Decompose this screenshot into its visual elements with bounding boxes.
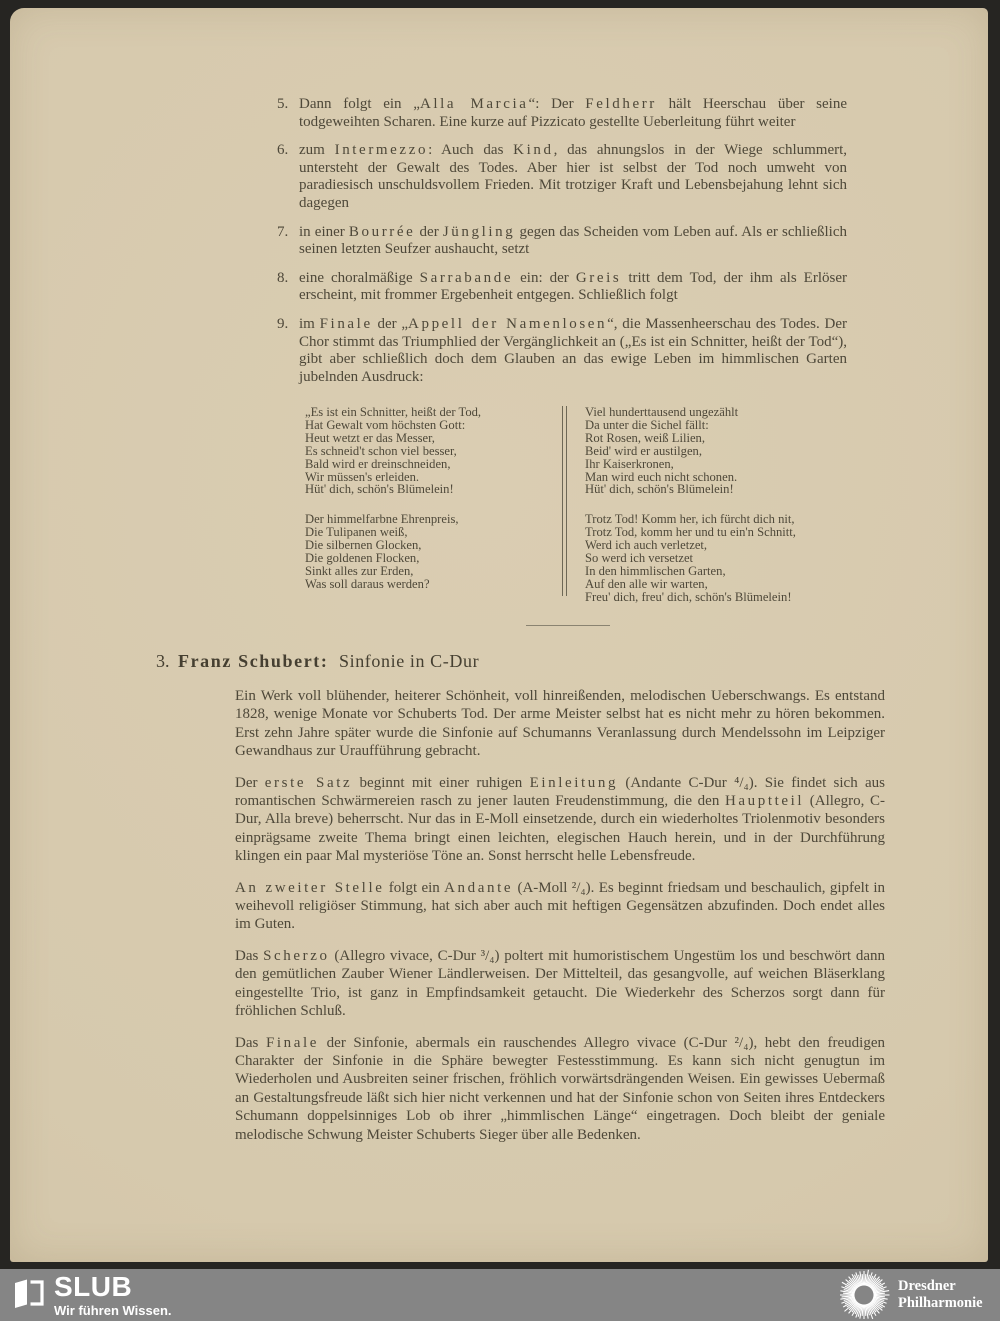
verse-line: Beid' wird er austilgen, (585, 445, 890, 458)
emphasized-term: Andante (444, 880, 513, 896)
list-item-text: eine choralmäßige Sarrabande ein: der Gr… (299, 270, 847, 305)
emphasized-term: Finale (266, 1035, 319, 1051)
section-heading: 3. Franz Schubert: Sinfonie in C-Dur (156, 651, 479, 672)
philharmonie-line1: Dresdner (898, 1278, 983, 1295)
work-title: Sinfonie in C-Dur (339, 651, 479, 671)
footer-bar: SLUB Wir führen Wissen. Dresdner Philhar… (0, 1269, 1000, 1321)
slub-textblock: SLUB Wir führen Wissen. (54, 1273, 172, 1318)
verse-divider-rule (562, 406, 567, 596)
text-segment: folgt ein (384, 880, 444, 896)
emphasized-term: Sarrabande (420, 270, 513, 286)
verse-line: Hüt' dich, schön's Blümelein! (305, 483, 555, 496)
poem-verses: „Es ist ein Schnitter, heißt der Tod,Hat… (295, 406, 895, 616)
text-segment: (Allegro vivace, C-Dur ³/₄) poltert mit … (235, 948, 885, 1019)
text-segment: der Sinfonie, abermals ein rauschendes A… (235, 1035, 885, 1143)
verse-line: Viel hunderttausend ungezählt (585, 406, 890, 419)
list-item-number: 7. (277, 224, 299, 259)
verse-line: In den himmlischen Garten, (585, 565, 890, 578)
section-divider-rule (526, 625, 610, 626)
emphasized-term: Greis (576, 270, 622, 286)
body-paragraph: Der erste Satz beginnt mit einer ruhigen… (235, 774, 885, 866)
text-segment: Dann folgt ein „ (299, 96, 420, 112)
text-segment: im (299, 316, 320, 332)
emphasized-term: Alla Marcia (420, 96, 529, 112)
text-segment: zum (299, 142, 335, 158)
list-item: 7.in einer Bourrée der Jüngling gegen da… (277, 224, 858, 259)
text-segment: ein: der (513, 270, 576, 286)
list-item-number: 8. (277, 270, 299, 305)
emphasized-term: Einleitung (530, 775, 619, 791)
slub-book-icon (12, 1278, 44, 1310)
list-item-number: 9. (277, 316, 299, 386)
emphasized-term: An zweiter Stelle (235, 880, 384, 896)
philharmonie-textblock: Dresdner Philharmonie (898, 1278, 983, 1312)
list-item-number: 6. (277, 142, 299, 212)
text-segment: beginnt mit einer ruhigen (352, 775, 529, 791)
list-item-text: in einer Bourrée der Jüngling gegen das … (299, 224, 847, 259)
emphasized-term: Feldherr (585, 96, 657, 112)
slub-logo[interactable]: SLUB Wir führen Wissen. (12, 1273, 172, 1318)
verse-line: Hüt' dich, schön's Blümelein! (585, 483, 890, 496)
verse-line: „Es ist ein Schnitter, heißt der Tod, (305, 406, 555, 419)
verse-line: Es schneid't schon viel besser, (305, 445, 555, 458)
list-item-text: zum Intermezzo: Auch das Kind, das ahnun… (299, 142, 847, 212)
section-number: 3. (156, 651, 170, 671)
verse-line: Bald wird er dreinschneiden, (305, 458, 555, 471)
emphasized-term: Scherzo (263, 948, 330, 964)
body-paragraph: Ein Werk voll blühender, heiterer Schönh… (235, 687, 885, 761)
emphasized-term: erste Satz (265, 775, 352, 791)
verse-line: Ihr Kaiserkronen, (585, 458, 890, 471)
verse-line: Freu' dich, freu' dich, schön's Blümelei… (585, 591, 890, 604)
emphasized-term: Intermezzo (335, 142, 428, 158)
list-item: 9.im Finale der „Appell der Namenlosen“,… (277, 316, 858, 386)
list-item: 6.zum Intermezzo: Auch das Kind, das ahn… (277, 142, 858, 212)
text-segment: der (415, 224, 442, 240)
text-segment: der „ (373, 316, 408, 332)
philharmonie-starburst-icon (838, 1269, 890, 1321)
verse-line: Sinkt alles zur Erden, (305, 565, 555, 578)
verse-column-left: „Es ist ein Schnitter, heißt der Tod,Hat… (305, 406, 555, 608)
emphasized-term: Hauptteil (725, 793, 804, 809)
slub-wordmark: SLUB (54, 1273, 172, 1301)
list-item-text: im Finale der „Appell der Namenlosen“, d… (299, 316, 847, 386)
list-item-number: 5. (277, 96, 299, 131)
verse-stanza: Der himmelfarbne Ehrenpreis,Die Tulipane… (305, 513, 555, 590)
philharmonie-line2: Philharmonie (898, 1295, 983, 1312)
verse-line: Hat Gewalt vom höchsten Gott: (305, 419, 555, 432)
verse-stanza: Trotz Tod! Komm her, ich fürcht dich nit… (585, 513, 890, 603)
composer-name: Franz Schubert: (178, 651, 328, 671)
list-item: 8.eine choralmäßige Sarrabande ein: der … (277, 270, 858, 305)
slub-tagline: Wir führen Wissen. (54, 1303, 172, 1318)
program-page: 5.Dann folgt ein „Alla Marcia“: Der Feld… (10, 8, 988, 1262)
text-segment: Ein Werk voll blühender, heiterer Schönh… (235, 688, 885, 759)
text-segment: Das (235, 948, 263, 964)
text-segment: “: Der (529, 96, 586, 112)
text-segment: Das (235, 1035, 266, 1051)
text-segment: : Auch das (428, 142, 513, 158)
verse-line: Was soll daraus werden? (305, 578, 555, 591)
verse-line: Auf den alle wir warten, (585, 578, 890, 591)
body-paragraph: An zweiter Stelle folgt ein Andante (A-M… (235, 879, 885, 934)
verse-line: Heut wetzt er das Messer, (305, 432, 555, 445)
body-paragraph: Das Finale der Sinfonie, abermals ein ra… (235, 1034, 885, 1144)
text-segment: Der (235, 775, 265, 791)
emphasized-term: Appell der Namenlosen (408, 316, 607, 332)
verse-stanza: Viel hunderttausend ungezähltDa unter di… (585, 406, 890, 496)
list-item-text: Dann folgt ein „Alla Marcia“: Der Feldhe… (299, 96, 847, 131)
numbered-list: 5.Dann folgt ein „Alla Marcia“: Der Feld… (277, 96, 858, 397)
body-paragraph: Das Scherzo (Allegro vivace, C-Dur ³/₄) … (235, 947, 885, 1021)
text-segment: eine choralmäßige (299, 270, 420, 286)
list-item: 5.Dann folgt ein „Alla Marcia“: Der Feld… (277, 96, 858, 131)
verse-column-right: Viel hunderttausend ungezähltDa unter di… (585, 406, 890, 621)
verse-line: Rot Rosen, weiß Lilien, (585, 432, 890, 445)
emphasized-term: Bourrée (349, 224, 416, 240)
philharmonie-logo[interactable]: Dresdner Philharmonie (838, 1269, 983, 1321)
text-segment: in einer (299, 224, 349, 240)
emphasized-term: Kind (513, 142, 553, 158)
emphasized-term: Finale (320, 316, 373, 332)
emphasized-term: Jüngling (443, 224, 515, 240)
body-paragraphs: Ein Werk voll blühender, heiterer Schönh… (235, 687, 885, 1157)
scanned-document-view: 5.Dann folgt ein „Alla Marcia“: Der Feld… (0, 0, 1000, 1321)
verse-line: Da unter die Sichel fällt: (585, 419, 890, 432)
verse-stanza: „Es ist ein Schnitter, heißt der Tod,Hat… (305, 406, 555, 496)
